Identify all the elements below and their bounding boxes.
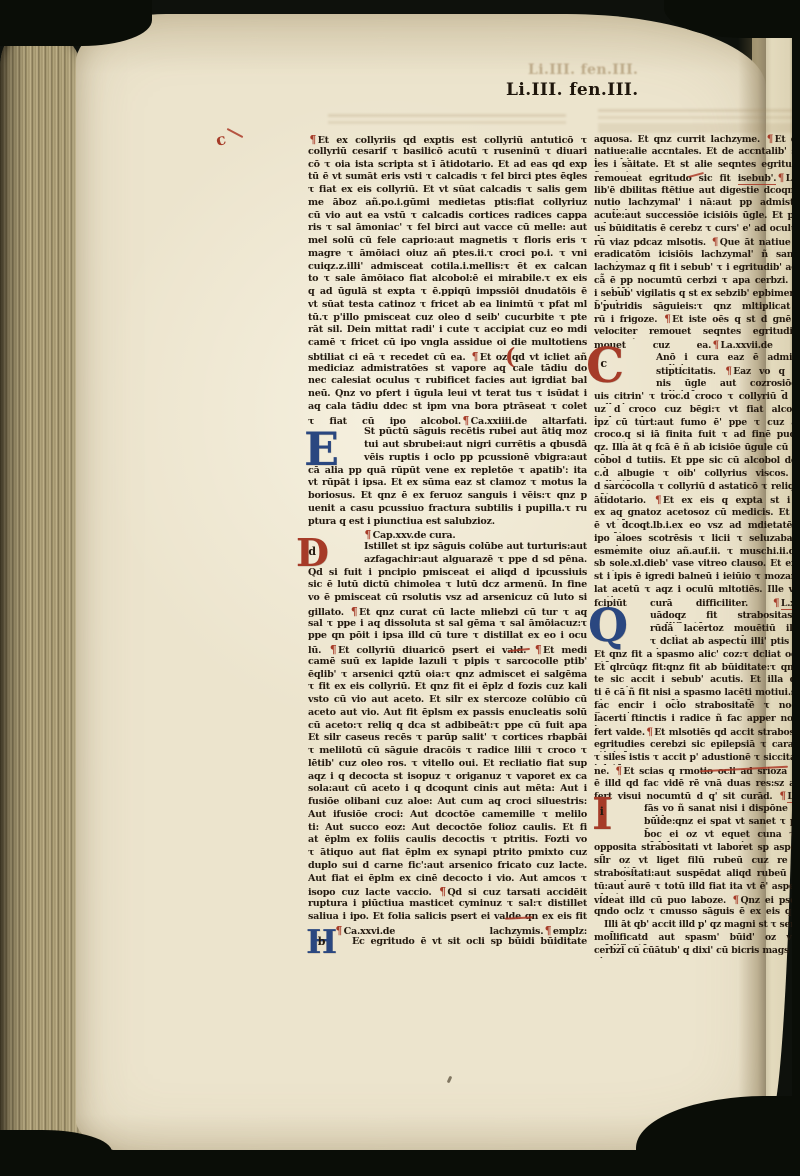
text-segment: sic ē lutū dictū chimolea τ lutū dcz arm… bbox=[308, 579, 587, 590]
text-segment: nutio lachzymal' i nā:aut pp admistratōe… bbox=[594, 197, 800, 210]
text-segment: opposita strabositati vt laboret sp aspe… bbox=[594, 842, 800, 855]
text-line: St pūctū sāguis recētis rubei aut ātiq m… bbox=[308, 426, 587, 439]
text-segment: cō τ oia ista scripta st ī ātidotario. E… bbox=[308, 159, 587, 170]
text-line: lat acetū τ aqz i oculū mltotiēs. Ille v… bbox=[594, 584, 800, 597]
text-segment: aceto aut vio. Aut fit ēplsm ex passis e… bbox=[308, 707, 587, 718]
text-segment: Ec egritudo ē vt sit ocli sp būidi būidi… bbox=[352, 936, 587, 947]
text-line: uz d croco cuz bēgi:τ vt fiat alcobol st… bbox=[594, 404, 800, 417]
rubric-stroke bbox=[227, 128, 244, 138]
text-line: mollificatd aut spasm' būid' oz vt vtāt … bbox=[594, 932, 800, 945]
text-segment: qndo oclz τ cmusso sāguis ē ex eis q fac… bbox=[594, 906, 800, 919]
pilcrow-mark: ¶ bbox=[363, 528, 373, 541]
text-segment: Et qnz curat cū lacte mliebzi cū tur τ a… bbox=[359, 607, 587, 618]
text-segment: Ca.xxiiii.de altarfati. bbox=[471, 416, 587, 427]
text-segment: sal τ ppe i aq dissoluta st sal gēma τ s… bbox=[308, 618, 587, 629]
text-line: collyriū cesarif τ basilicō acutū τ ruse… bbox=[308, 146, 587, 159]
text-segment: i sebub' vigilatis q st ex sebzib' epbim… bbox=[594, 288, 800, 301]
text-line: lū. ¶Et collyriū diuaricō psert ei vald.… bbox=[308, 643, 587, 656]
text-segment: te sic accit i sebub' acutis. Et illa qd… bbox=[594, 674, 800, 687]
text-line: ē illd qd fac vidē rē vnā duas res:sz ad… bbox=[594, 778, 800, 791]
text-segment: uis citrin' τ troc.d croco τ collyriū d … bbox=[594, 391, 800, 404]
text-line: rū viaz pdcaz mlsotis. ¶Que āt natiue st… bbox=[594, 236, 800, 249]
text-segment: St pūctū sāguis recētis rubei aut ātiq m… bbox=[364, 426, 587, 437]
text-line: ti ē cā ñ fit nisi a spasmo lacēti motiu… bbox=[594, 687, 800, 700]
pilcrow-mark: ¶ bbox=[308, 133, 318, 146]
text-line: silr oz vt liget filū rubeū cuz re rubea… bbox=[594, 855, 800, 868]
text-segment: lacerti ftinctis i radice ñ fac apper no… bbox=[594, 713, 800, 726]
text-segment: cerbzi cū cūātub' q dixi' cū bicris mags… bbox=[594, 945, 800, 958]
text-segment: neū. Qnz vo pfert i ūgula leui vt terat … bbox=[308, 388, 587, 399]
text-line: būide:qnz ei spat vt sanet τ ppe qū ē rc… bbox=[594, 816, 800, 829]
text-line: ¶Cap.xxv.de cura. bbox=[308, 528, 587, 541]
text-line: videat illd cū puo laboze. ¶Qnz ei psert… bbox=[594, 894, 800, 907]
text-line: ptura q est i piunctiua est salubzioz. bbox=[308, 516, 587, 529]
text-line: vsto cū vio aut aceto. Et silr ex sterco… bbox=[308, 694, 587, 707]
text-segment: ipo aloes scotrēsis τ licii τ seluzabara… bbox=[594, 533, 800, 546]
text-line: ti: Aut succo eoz: Aut decoctōe folioz c… bbox=[308, 822, 587, 835]
illuminated-initial-H: Hb bbox=[306, 928, 337, 956]
text-line: cā alia pp quā rūpūt vene ex repletōe τ … bbox=[308, 465, 587, 478]
text-segment: ti: Aut succo eoz: Aut decoctōe folioz c… bbox=[308, 822, 587, 833]
text-segment: egritudies cerebzi sic epilepsiā τ carab… bbox=[594, 739, 800, 752]
text-segment: magre τ āmōiaci oiuz añ ptes.ii.τ croci … bbox=[308, 248, 587, 259]
background-right-edge bbox=[792, 0, 800, 1176]
text-line: cū aceto:τ reliq q dca st adbibeāt:τ ppe… bbox=[308, 720, 587, 733]
text-line: sbtiliat ci eā τ recedet cū ea. ¶Et oz q… bbox=[308, 350, 587, 363]
illuminated-initial-Q: Q bbox=[588, 606, 628, 646]
text-segment: cā ē pp nocumtū cerbzi τ apa cerbzi. et … bbox=[594, 275, 800, 288]
text-line: nec calesiat oculus τ rubificet facies a… bbox=[308, 375, 587, 388]
text-line: ex aq gnatoz acetosoz cū medicis. Et ill… bbox=[594, 507, 800, 520]
text-segment: Aut ifusiōe croci: Aut dcoctōe camemille… bbox=[308, 809, 587, 820]
text-line: d sarcocolla τ collyriū d astaticō τ rel… bbox=[594, 481, 800, 494]
text-line: to τ sale āmōiaco fiat alcobol:ē ei mira… bbox=[308, 273, 587, 286]
text-line: qndo oclz τ cmusso sāguis ē ex eis q fac… bbox=[594, 906, 800, 919]
text-line: sola:aut cū aceto i q dcoqunt cinis aut … bbox=[308, 783, 587, 796]
text-segment: cū aceto:τ reliq q dca st adbibeāt:τ ppe… bbox=[308, 720, 587, 731]
pilcrow-mark: ¶ bbox=[328, 643, 338, 656]
guide-letter: b bbox=[318, 937, 325, 946]
text-segment: vēis ruptis i oclo pp pcussionē vbigra:a… bbox=[364, 452, 587, 463]
text-segment: cū vio aut ea vstū τ calcadis cortices r… bbox=[308, 210, 587, 221]
text-segment: sola:aut cū aceto i q dcoqunt cinis aut … bbox=[308, 783, 587, 794]
text-segment: camē τ fricet cū ipo vngla assidue oi di… bbox=[308, 337, 587, 348]
pilcrow-mark: ¶ bbox=[776, 172, 785, 184]
text-line: τ siles istis τ accit p' adustionē τ sic… bbox=[594, 752, 800, 765]
text-segment: uādoqz fit strabositas pp mollificatōz q… bbox=[650, 610, 800, 623]
text-segment: collyriū cesarif τ basilicō acutū τ ruse… bbox=[308, 146, 587, 157]
text-line: mediciaz admistratōes st vapore aq cale … bbox=[308, 363, 587, 376]
text-segment: remoueat egritudo sic fit bbox=[594, 173, 738, 184]
text-line: ruptura i piūctiua masticet cyminuz τ sa… bbox=[308, 898, 587, 911]
text-segment: τ melilotū cū sāguie dracōis τ radice li… bbox=[308, 745, 587, 756]
text-segment: natiue:alie accntales. Et de accntalib' … bbox=[594, 146, 800, 159]
text-line: sic ē lutū dictū chimolea τ lutū dcz arm… bbox=[308, 579, 587, 592]
pilcrow-mark: ¶ bbox=[778, 790, 787, 802]
text-segment: ptura q est i piunctiua est salubzioz. bbox=[308, 516, 495, 527]
text-segment: azfagachir:aut alguarazē τ ppe d sd pēna… bbox=[364, 554, 587, 565]
text-segment: sbtiliat ci eā τ recedet cū ea. bbox=[308, 352, 470, 363]
text-line: aq cala tādiu ddec st ipm vna bora ptrās… bbox=[308, 401, 587, 414]
text-segment: us būiditatis ē cerebz τ curs' e' ad ocu… bbox=[594, 223, 800, 236]
text-line: boriosus. Et qnz ē ex feruoz sanguis i v… bbox=[308, 490, 587, 503]
text-line: neū. Qnz vo pfert i ūgula leui vt terat … bbox=[308, 388, 587, 401]
text-segment: emplz: bbox=[553, 926, 587, 937]
text-line: Ec egritudo ē vt sit ocli sp būidi būidi… bbox=[308, 936, 587, 949]
text-line: me āboz añ.po.i.gūmi medietas ptis:fiat … bbox=[308, 197, 587, 210]
text-line: τ ātiquo aut fiat ēplm ex synapi ptrito … bbox=[308, 847, 587, 860]
text-segment: aq cala tādiu ddec st ipm vna bora ptrās… bbox=[308, 401, 587, 412]
text-segment: aqz i q decocta st isopuz τ origanuz τ v… bbox=[308, 771, 587, 782]
text-segment: Et silr caseus recēs τ parūp salit' τ co… bbox=[308, 732, 587, 743]
text-segment: tū:aut aurē τ totū illd fiat ita vt ē' a… bbox=[594, 881, 800, 894]
showthrough-header: Li.III. fen.III. bbox=[528, 62, 638, 78]
text-line: q ad ūgulā st expta τ ē.ppiqū impssiōi d… bbox=[308, 286, 587, 299]
text-line: mouet cuz ea.¶La.xxvii.de cura. bbox=[594, 339, 800, 352]
text-line: aquosa. Et qnz currit lachzyme. ¶Et eaz … bbox=[594, 133, 800, 146]
text-segment: būide:qnz ei spat vt sanet τ ppe qū ē rc… bbox=[644, 816, 800, 829]
text-segment: strabositati:aut suspēdat aliqd rubeū ap… bbox=[594, 868, 800, 881]
text-segment: Aut fiat ei ēplm ex cinē decocto i vio. … bbox=[308, 873, 587, 884]
text-segment: tū ē vt sumāt eris vsti τ calcadis τ fel… bbox=[308, 171, 587, 182]
text-segment: gillato. bbox=[308, 607, 349, 618]
text-segment: Et medi bbox=[543, 645, 587, 656]
illuminated-initial-C: Cc bbox=[586, 346, 624, 387]
pilcrow-mark: ¶ bbox=[438, 885, 448, 898]
text-line: fusiōe olibani cuz aloe: Aut cum aq croc… bbox=[308, 796, 587, 809]
text-line: saliua i ipo. Et folia salicis psert ei … bbox=[308, 911, 587, 924]
text-segment: lat acetū τ aqz i oculū mltotiēs. Ille v… bbox=[594, 584, 800, 597]
text-segment: duplo sui d carne fic':aut arsenico fric… bbox=[308, 860, 587, 871]
text-line: uenit a casu pcussiuo fractura subtilis … bbox=[308, 503, 587, 516]
text-line: fac encir i oclo strabositatē τ nocuituz… bbox=[594, 700, 800, 713]
text-segment: τ fiat ex eis collyriū. Et vt sūat calca… bbox=[308, 184, 587, 195]
text-segment: Qd si cuz tarsati accidēit bbox=[447, 887, 587, 898]
text-segment: camē suū ex lapide lazuli τ pipis τ sarc… bbox=[308, 656, 587, 667]
illuminated-initial-D: Dd bbox=[296, 537, 329, 570]
text-line: cerbzi cū cūātub' q dixi' cū bicris mags… bbox=[594, 945, 800, 958]
guide-letter: i bbox=[600, 807, 604, 816]
text-line: lacerti ftinctis i radice ñ fac apper no… bbox=[594, 713, 800, 726]
text-line: c.d albugie τ oib' collyrius viscos. sic… bbox=[594, 468, 800, 481]
text-segment: lachzymaz q fit i sebub' τ i egritudib' … bbox=[594, 262, 800, 275]
rubric-margin-mark: ( bbox=[505, 344, 515, 370]
pilcrow-mark: ¶ bbox=[470, 350, 480, 363]
text-segment: fusiōe olibani cuz aloe: Aut cum aq croc… bbox=[308, 796, 587, 807]
text-line: mel solū cū fele caprio:aut magnetis τ f… bbox=[308, 235, 587, 248]
text-segment: Qd si fuit i pncipio pmisceat ei aliqd d… bbox=[308, 567, 587, 578]
text-line: cuiqz.z.illi' admisceat cotila.i.mellis:… bbox=[308, 261, 587, 274]
text-line: croco.q si iā finita fuit τ ad finē puce… bbox=[594, 429, 800, 442]
text-line: ppe qn pōit i ipsa illd cū ture τ distil… bbox=[308, 630, 587, 643]
text-segment: τ dcliat ab aspectu illi' ptis ad ptē ei… bbox=[650, 636, 800, 649]
guide-letter: c bbox=[600, 359, 606, 368]
text-segment: velociter remouet seqntes egritudinē si … bbox=[594, 326, 800, 339]
text-line: us būiditatis ē cerebz τ curs' e' ad ocu… bbox=[594, 223, 800, 236]
text-segment: to τ sale āmōiaco fiat alcobol:ē ei mira… bbox=[308, 273, 587, 284]
text-segment: cobol d tutiis. Et ppe sic cū alcobol de… bbox=[594, 455, 800, 468]
text-line: tū ē vt sumāt eris vsti τ calcadis τ fel… bbox=[308, 171, 587, 184]
text-line: cobol d tutiis. Et ppe sic cū alcobol de… bbox=[594, 455, 800, 468]
text-line: at ēplm ex foliis caulis decoctis τ ptri… bbox=[308, 834, 587, 847]
text-line: magre τ āmōiaci oiuz añ ptes.ii.τ croci … bbox=[308, 248, 587, 261]
text-segment: ipz cū turt:aut fumo ē' ppe τ cuz aloe τ… bbox=[594, 417, 800, 430]
text-line: tui aut sbrubei:aut nigri currētis a qbu… bbox=[308, 439, 587, 452]
text-segment: cuiqz.z.illi' admisceat cotila.i.mellis:… bbox=[308, 261, 587, 272]
text-line: natiue:alie accntales. Et de accntalib' … bbox=[594, 146, 800, 159]
text-line: τ fiat ex eis collyriū. Et vt sūat calca… bbox=[308, 184, 587, 197]
text-segment: mel solū cū fele caprio:aut magnetis τ f… bbox=[308, 235, 587, 246]
text-segment: ti ē cā ñ fit nisi a spasmo lacēti motiu… bbox=[594, 687, 800, 700]
text-line: sb sole.xl.dieb' vase vitreo clauso. Et … bbox=[594, 558, 800, 571]
book-page: Li.III. fen.III. Li.III. fen.III. ¶Et ex… bbox=[76, 14, 766, 1154]
text-segment: Et oz qd vt icliet añ bbox=[480, 352, 587, 363]
text-segment: ppe qn pōit i ipsa illd cū ture τ distil… bbox=[308, 630, 587, 641]
showthrough-text-right bbox=[598, 109, 800, 133]
text-line: st i ipis ē igredi balneū i ieiūio τ moz… bbox=[594, 571, 800, 584]
text-line: eradicatōm icisiōis lachzymal' ñ sanat. … bbox=[594, 249, 800, 262]
background-bottom-left bbox=[0, 1130, 112, 1176]
text-segment: at ēplm ex foliis caulis decoctis τ ptri… bbox=[308, 834, 587, 845]
text-segment: rāt sil. Dein mittat radi' i cute τ acci… bbox=[308, 324, 587, 335]
text-segment: Anō i cura eaz ē admistratio mdiciaz ēql… bbox=[656, 352, 800, 365]
text-line: cū vio aut ea vstū τ calcadis cortices r… bbox=[308, 210, 587, 223]
text-segment: les i sāitate. Et st alie seqntes egritu… bbox=[594, 159, 800, 172]
text-line: camē suū ex lapide lazuli τ pipis τ sarc… bbox=[308, 656, 587, 669]
text-segment: La.xxvii.de cura. bbox=[720, 340, 800, 351]
text-segment: boriosus. Et qnz ē ex feruoz sanguis i v… bbox=[308, 490, 587, 501]
text-line: lachzymaz q fit i sebub' τ i egritudib' … bbox=[594, 262, 800, 275]
text-segment: ne. bbox=[594, 766, 614, 777]
text-segment: tū.τ p'illo pmisceat cuz oleo d seib' cu… bbox=[308, 312, 587, 323]
text-segment: mollificatd aut spasm' būid' oz vt vtāt … bbox=[594, 932, 800, 945]
text-segment: st i ipis ē igredi balneū i ieiūio τ moz… bbox=[594, 571, 800, 584]
text-line: qz. Illa āt q fcā ē ñ ab icisiōe ūgule c… bbox=[594, 442, 800, 455]
pilcrow-mark: ¶ bbox=[710, 236, 719, 248]
text-segment: rū viaz pdcaz mlsotis. bbox=[594, 237, 710, 248]
text-line: tū.τ p'illo pmisceat cuz oleo d seib' cu… bbox=[308, 312, 587, 325]
text-segment: fās vo ñ sanat nisi i dispōne isantic va… bbox=[644, 803, 800, 816]
text-segment: qz. Illa āt q fcā ē ñ ab icisiōe ūgule c… bbox=[594, 442, 800, 455]
text-line: te sic accit i sebub' acutis. Et illa qd… bbox=[594, 674, 800, 687]
text-line: Istillet st ipz sāguis colūbe aut turtur… bbox=[308, 541, 587, 554]
pilcrow-mark: ¶ bbox=[653, 494, 662, 506]
pilcrow-mark: ¶ bbox=[461, 414, 471, 427]
text-line: stipticitatis. ¶Eaz vo q fcē st successi… bbox=[594, 365, 800, 378]
text-segment: ris τ sal āmoniac' τ fel birci aut vacce… bbox=[308, 222, 587, 233]
text-segment: τ siles istis τ accit p' adustionē τ sic… bbox=[594, 752, 800, 765]
running-header: Li.III. fen.III. bbox=[506, 80, 639, 100]
text-line: τ fiat cū ipo alcobol.¶Ca.xxiiii.de alta… bbox=[308, 414, 587, 427]
text-line: strabositati:aut suspēdat aliqd rubeū ap… bbox=[594, 868, 800, 881]
pilcrow-mark: ¶ bbox=[349, 605, 359, 618]
text-line: Et silr caseus recēs τ parūp salit' τ co… bbox=[308, 732, 587, 745]
text-segment: Et ex collyriis qd exptis est collyriū a… bbox=[318, 135, 587, 146]
text-line: ipo aloes scotrēsis τ licii τ seluzabara… bbox=[594, 533, 800, 546]
text-line: ¶Et ex collyriis qd exptis est collyriū … bbox=[308, 133, 587, 146]
text-line: Aut ifusiōe croci: Aut dcoctōe camemille… bbox=[308, 809, 587, 822]
text-segment: d sarcocolla τ collyriū d astaticō τ rel… bbox=[594, 481, 800, 494]
text-segment: ex aq gnatoz acetosoz cū medicis. Et ill… bbox=[594, 507, 800, 520]
text-segment: videat illd cū puo laboze. bbox=[594, 895, 731, 906]
text-line: cā ē pp nocumtū cerbzi τ apa cerbzi. et … bbox=[594, 275, 800, 288]
text-segment: saliua i ipo. Et folia salicis psert ei … bbox=[308, 911, 587, 922]
text-line: boc ei oz vt equet cuna τ pōat cādcla i … bbox=[594, 829, 800, 842]
text-line: fert valde.¶Et mlsotiēs qd accit strabos… bbox=[594, 726, 800, 739]
text-segment: lū. bbox=[308, 645, 328, 656]
illuminated-initial-E: E bbox=[304, 430, 339, 470]
text-line: τ melilotū cū sāguie dracōis τ radice li… bbox=[308, 745, 587, 758]
text-line: rū i frigoze. ¶Et iste oēs q st d gnē ea… bbox=[594, 313, 800, 326]
text-segment: cā alia pp quā rūpūt vene ex repletōe τ … bbox=[308, 465, 587, 476]
text-line: camē τ fricet cū ipo vngla assidue oi di… bbox=[308, 337, 587, 350]
text-column-left: ¶Et ex collyriis qd exptis est collyriū … bbox=[308, 133, 587, 949]
text-segment: fert visui nocumtū d q' sit curād. bbox=[594, 791, 778, 802]
text-line: azfagachir:aut alguarazē τ ppe d sd pēna… bbox=[308, 554, 587, 567]
text-line: fās vo ñ sanat nisi i dispōne isantic va… bbox=[594, 803, 800, 816]
text-segment: Istillet st ipz sāguis colūbe aut turtur… bbox=[364, 541, 587, 552]
pilcrow-mark: ¶ bbox=[543, 924, 553, 937]
text-segment: esmemite oiuz añ.auf.ii. τ muschi.ii.dan… bbox=[594, 546, 800, 559]
text-segment: vo ē pmisceat cū rsolutis vsz ad arsenic… bbox=[308, 592, 587, 603]
text-segment: Et collyriū diuaricō psert ei vald. bbox=[338, 645, 533, 656]
text-segment: boc ei oz vt equet cuna τ pōat cādcla i … bbox=[644, 829, 800, 842]
text-line: egritudies cerebzi sic epilepsiā τ carab… bbox=[594, 739, 800, 752]
text-segment: uenit a casu pcussiuo fractura subtilis … bbox=[308, 503, 587, 514]
pilcrow-mark: ¶ bbox=[614, 765, 623, 777]
pilcrow-mark: ¶ bbox=[533, 643, 543, 656]
text-line: ris τ sal āmoniac' τ fel birci aut vacce… bbox=[308, 222, 587, 235]
text-line: nis ūgle aut cozrosiōe e'p mdicinā cura … bbox=[594, 378, 800, 391]
pilcrow-mark: ¶ bbox=[772, 597, 781, 609]
text-segment: rūdā lacertoz mouētiū illd qd appet d oc… bbox=[650, 623, 800, 636]
text-segment: fac encir i oclo strabositatē τ nocuituz… bbox=[594, 700, 800, 713]
text-segment: me āboz añ.po.i.gūmi medietas ptis:fiat … bbox=[308, 197, 587, 208]
text-segment: τ fit ex eis collyriū. Et qnz fit ei ēpl… bbox=[308, 681, 587, 692]
text-line: vo ē pmisceat cū rsolutis vsz ad arsenic… bbox=[308, 592, 587, 605]
text-line: vt rūpāt i ipsa. Et ex sūma eaz st clamo… bbox=[308, 477, 587, 490]
text-segment: ruptura i piūctiua masticet cyminuz τ sa… bbox=[308, 898, 587, 909]
book-photograph: Li.III. fen.III. Li.III. fen.III. ¶Et ex… bbox=[0, 0, 800, 1176]
background-top-left bbox=[0, 0, 152, 46]
text-segment: q ad ūgulā st expta τ ē.ppiqū impssiōi d… bbox=[308, 286, 587, 297]
text-segment: lētib' cuz oleo ros. τ vitello oui. Et r… bbox=[308, 758, 587, 769]
text-segment: ē illd qd fac vidē rē vnā duas res:sz ad… bbox=[594, 778, 800, 791]
text-line: ēqlib' τ arsenici qztū oia:τ qnz admisce… bbox=[308, 669, 587, 682]
text-line: vt sūat testa catinoz τ fricet ab ea lin… bbox=[308, 299, 587, 312]
text-line: uis citrin' τ troc.d croco τ collyriū d … bbox=[594, 391, 800, 404]
text-line: vēis ruptis i oclo pp pcussionē vbigra:a… bbox=[308, 452, 587, 465]
pilcrow-mark: ¶ bbox=[765, 133, 774, 145]
text-segment: Et qlrcūqz fit:qnz fit ab būiditate:τ qn… bbox=[594, 662, 800, 675]
text-segment: rū i frigoze. bbox=[594, 314, 663, 325]
page-edges-left bbox=[0, 34, 88, 1162]
text-segment: eradicatōm icisiōis lachzymal' ñ sanat. … bbox=[594, 249, 800, 262]
text-segment: vsto cū vio aut aceto. Et silr ex sterco… bbox=[308, 694, 587, 705]
text-line: Qd si fuit i pncipio pmisceat ei aliqd d… bbox=[308, 567, 587, 580]
text-segment: vt rūpāt i ipsa. Et ex sūma eaz st clamo… bbox=[308, 477, 587, 488]
text-line: gillato. ¶Et qnz curat cū lacte mliebzi … bbox=[308, 605, 587, 618]
text-segment: aquosa. Et qnz currit lachzyme. bbox=[594, 134, 765, 145]
illuminated-initial-I: Ii bbox=[592, 796, 612, 834]
text-line: Illi āt qb' accit illd p' qz magni st τ … bbox=[594, 919, 800, 932]
text-line: τ fit ex eis collyriū. Et qnz fit ei ēpl… bbox=[308, 681, 587, 694]
paper-speck bbox=[447, 1076, 453, 1084]
text-segment: Illi āt qb' accit illd p' qz magni st τ … bbox=[604, 919, 800, 932]
text-segment: Ca.xxvi.de lachzymis. bbox=[344, 926, 544, 937]
pilcrow-mark: ¶ bbox=[645, 726, 654, 738]
text-segment: Cap.xxv.de cura. bbox=[373, 530, 456, 541]
text-segment: croco.q si iā finita fuit τ ad finē puce… bbox=[594, 429, 800, 442]
text-line: tū:aut aurē τ totū illd fiat ita vt ē' a… bbox=[594, 881, 800, 894]
rubric-margin-mark: c bbox=[214, 129, 227, 150]
text-line: opposita strabositati vt laboret sp aspe… bbox=[594, 842, 800, 855]
text-segment: silr oz vt liget filū rubeū cuz re rubea… bbox=[594, 855, 800, 868]
text-line: lib'ē dbilitas ftētiue aut digestie dcoq… bbox=[594, 185, 800, 198]
text-line: lētib' cuz oleo ros. τ vitello oui. Et r… bbox=[308, 758, 587, 771]
text-segment: lib'ē dbilitas ftētiue aut digestie dcoq… bbox=[594, 185, 800, 198]
guide-letter: d bbox=[308, 547, 315, 556]
text-segment: τ ātiquo aut fiat ēplm ex synapi ptrito … bbox=[308, 847, 587, 858]
text-line: cō τ oia ista scripta st ī ātidotario. E… bbox=[308, 159, 587, 172]
text-line: b'putridis sāguieis:τ qnz mltiplicat cur… bbox=[594, 301, 800, 314]
text-line: esmemite oiuz añ.auf.ii. τ muschi.ii.dan… bbox=[594, 546, 800, 559]
text-line: fert visui nocumtū d q' sit curād. ¶L.xx… bbox=[594, 790, 800, 803]
pilcrow-mark: ¶ bbox=[724, 365, 733, 377]
text-segment: ēqlib' τ arsenici qztū oia:τ qnz admisce… bbox=[308, 669, 587, 680]
text-line: ipz cū turt:aut fumo ē' ppe τ cuz aloe τ… bbox=[594, 417, 800, 430]
text-line: ¶Ca.xxvi.de lachzymis.¶emplz: bbox=[308, 924, 587, 937]
text-segment: isopo cuz lacte vaccio. bbox=[308, 887, 438, 898]
text-segment: nis ūgle aut cozrosiōe e'p mdicinā cura … bbox=[656, 378, 800, 391]
text-line: ātidotario. ¶Et ex eis q expta st i eis … bbox=[594, 494, 800, 507]
text-line: i sebub' vigilatis q st ex sebzib' epbim… bbox=[594, 288, 800, 301]
pilcrow-mark: ¶ bbox=[663, 313, 672, 325]
text-line: acute:aut successiōe icisiōis ūgle. Et p… bbox=[594, 210, 800, 223]
text-line: sal τ ppe i aq dissoluta st sal gēma τ s… bbox=[308, 618, 587, 631]
text-line: duplo sui d carne fic':aut arsenico fric… bbox=[308, 860, 587, 873]
text-line: aqz i q decocta st isopuz τ origanuz τ v… bbox=[308, 771, 587, 784]
text-segment: b'putridis sāguieis:τ qnz mltiplicat cur… bbox=[594, 301, 800, 314]
text-segment: sb sole.xl.dieb' vase vitreo clauso. Et … bbox=[594, 558, 800, 571]
text-line: rāt sil. Dein mittat radi' i cute τ acci… bbox=[308, 324, 587, 337]
text-segment: stipticitatis. bbox=[656, 366, 724, 377]
text-line: aceto aut vio. Aut fit ēplsm ex passis e… bbox=[308, 707, 587, 720]
text-segment: c.d albugie τ oib' collyrius viscos. sic… bbox=[594, 468, 800, 481]
text-column-right: aquosa. Et qnz currit lachzyme. ¶Et eaz … bbox=[594, 133, 800, 958]
showthrough-text-left bbox=[328, 114, 566, 125]
text-segment: ē vt dcoqt.lb.i.ex eo vsz ad mdietatē. D… bbox=[594, 520, 800, 533]
text-segment: nec calesiat oculus τ rubificet facies a… bbox=[308, 375, 587, 386]
text-segment: fert valde. bbox=[594, 727, 645, 738]
text-line: les i sāitate. Et st alie seqntes egritu… bbox=[594, 159, 800, 172]
text-line: velociter remouet seqntes egritudinē si … bbox=[594, 326, 800, 339]
text-segment: vt sūat testa catinoz τ fricet ab ea lin… bbox=[308, 299, 587, 310]
text-line: nutio lachzymal' i nā:aut pp admistratōe… bbox=[594, 197, 800, 210]
text-segment: acute:aut successiōe icisiōis ūgle. Et p… bbox=[594, 210, 800, 223]
text-segment: isebub'. bbox=[738, 173, 777, 184]
text-line: Et qlrcūqz fit:qnz fit ab būiditate:τ qn… bbox=[594, 662, 800, 675]
text-segment: mediciaz admistratōes st vapore aq cale … bbox=[308, 363, 587, 374]
text-line: ē vt dcoqt.lb.i.ex eo vsz ad mdietatē. D… bbox=[594, 520, 800, 533]
text-line: Aut fiat ei ēplm ex cinē decocto i vio. … bbox=[308, 873, 587, 886]
text-line: Anō i cura eaz ē admistratio mdiciaz ēql… bbox=[594, 352, 800, 365]
text-line: isopo cuz lacte vaccio. ¶Qd si cuz tarsa… bbox=[308, 885, 587, 898]
text-segment: tui aut sbrubei:aut nigri currētis a qbu… bbox=[364, 439, 587, 450]
text-segment: uz d croco cuz bēgi:τ vt fiat alcobol st… bbox=[594, 404, 800, 417]
text-segment: ātidotario. bbox=[594, 495, 653, 506]
